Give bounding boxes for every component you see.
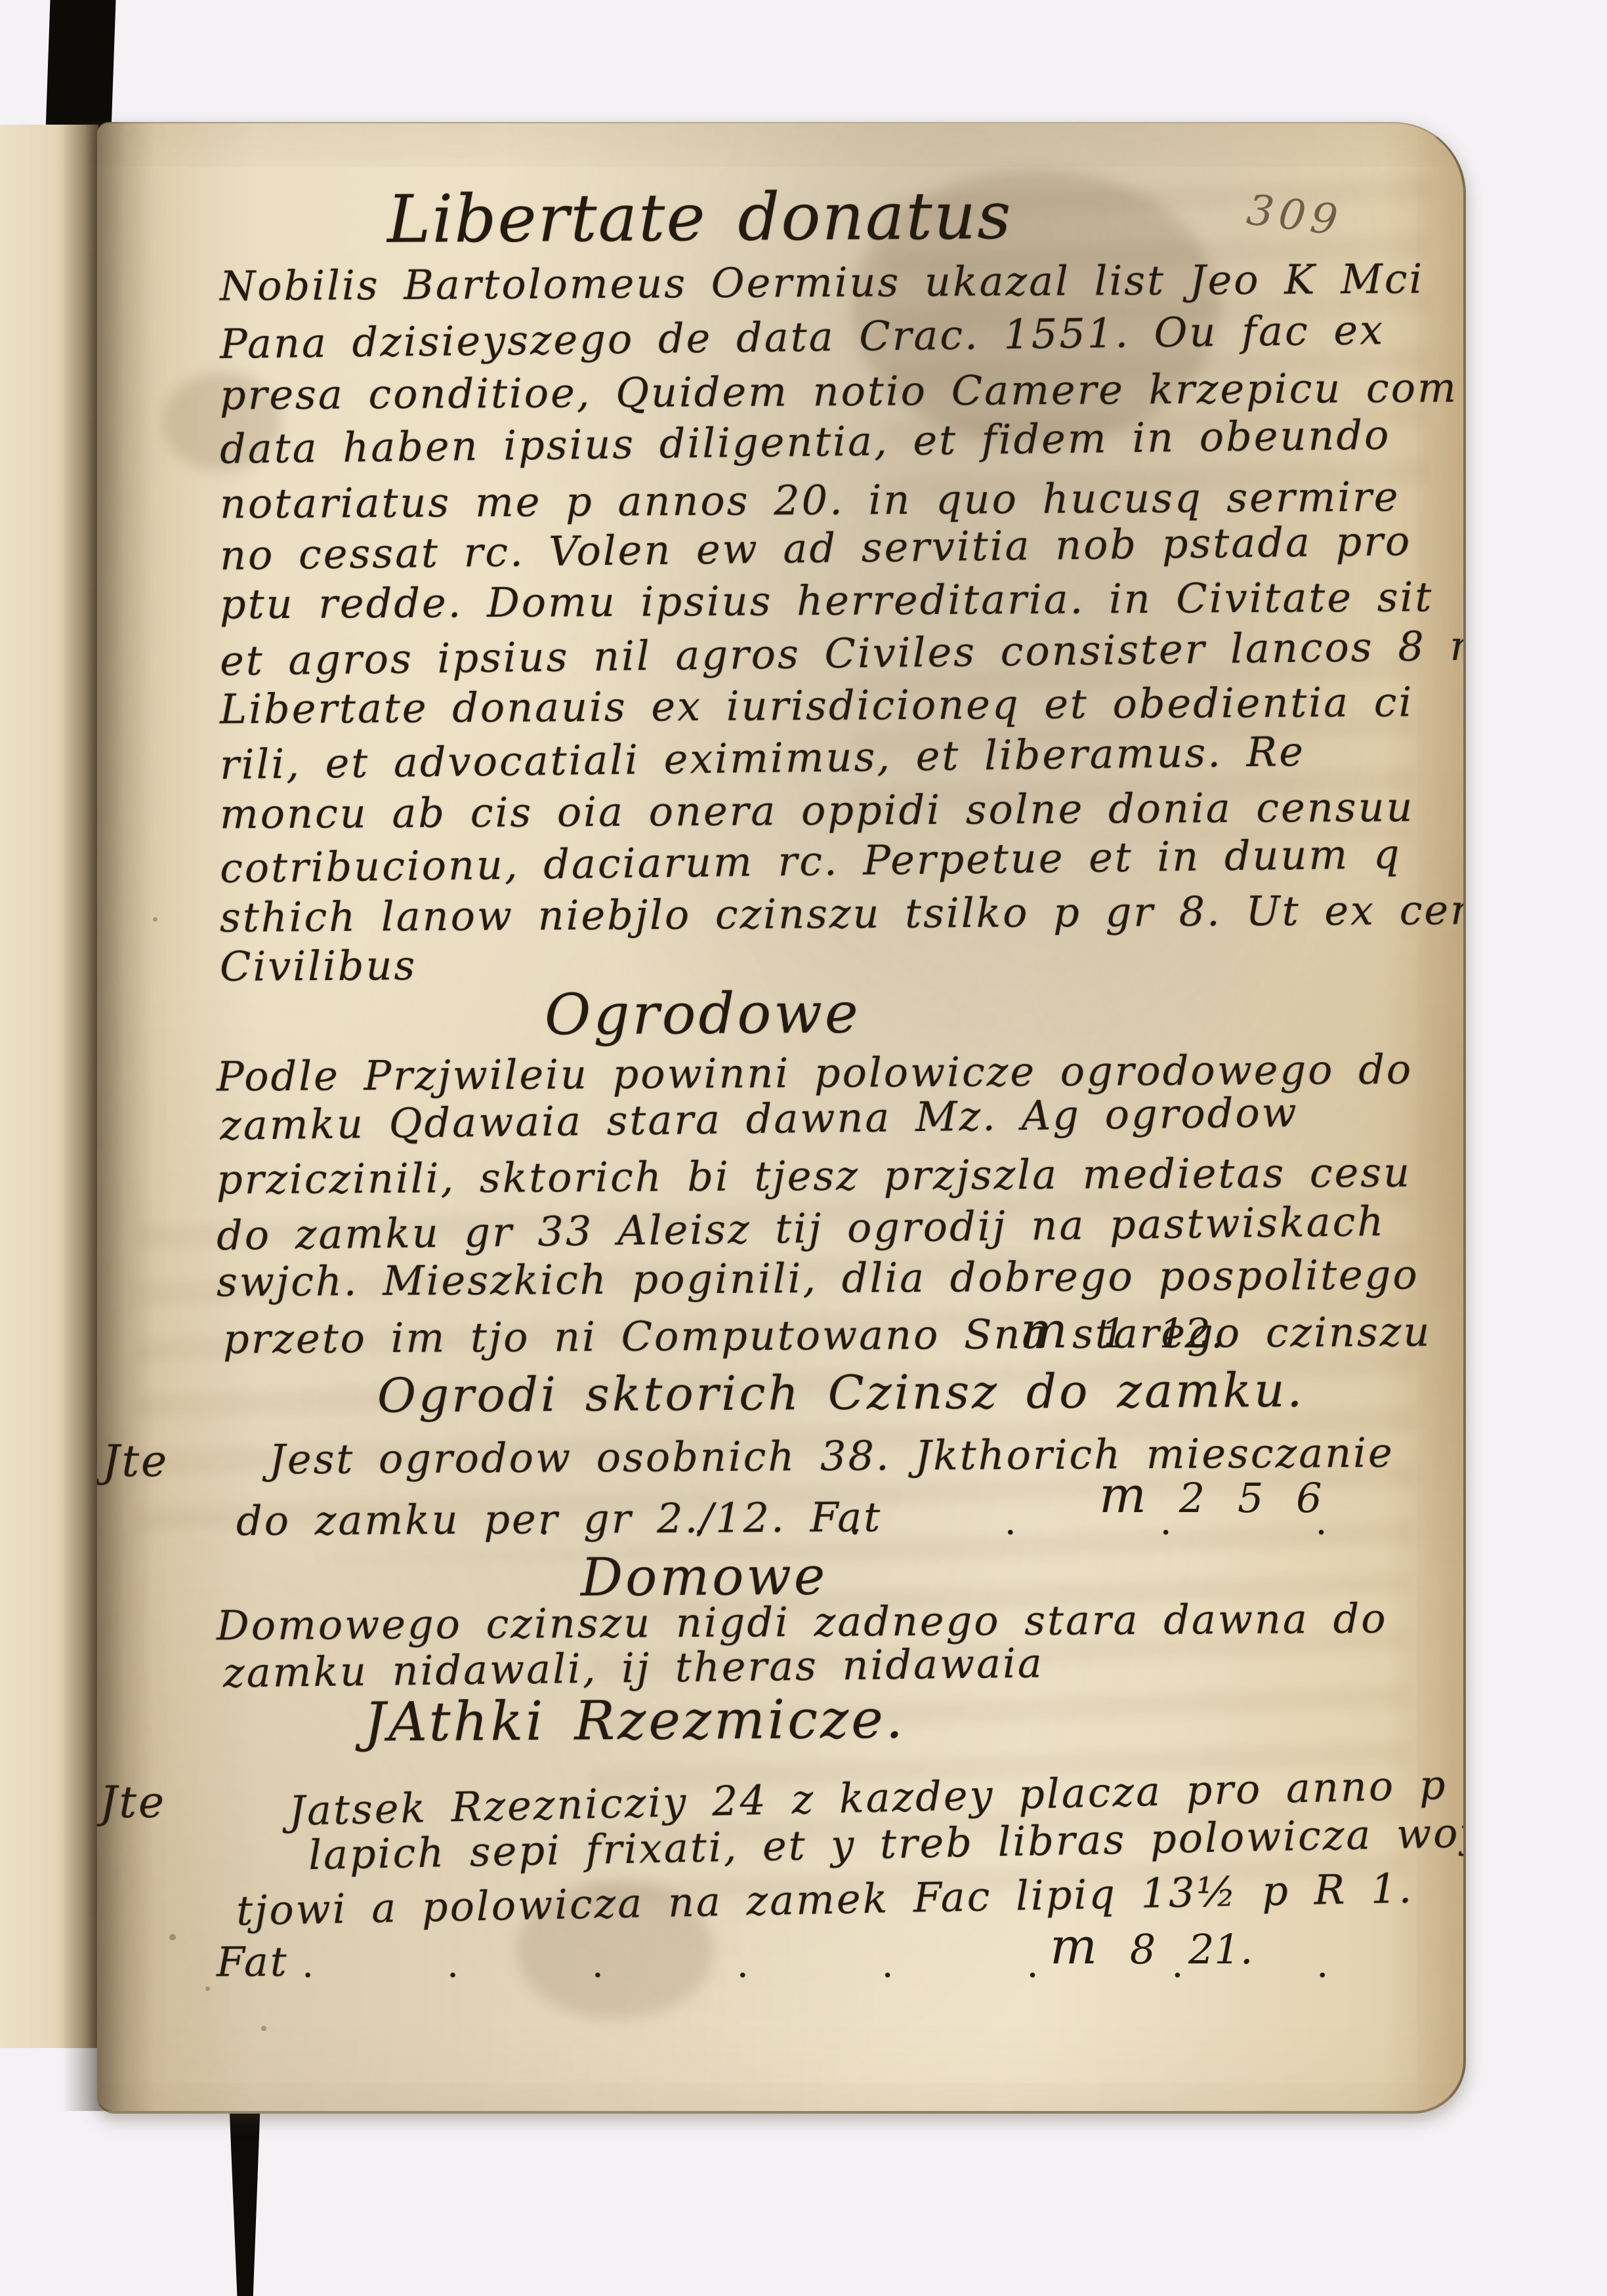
margin-item-mark: Jte — [100, 1779, 166, 1827]
text-line: przeto im tjo ni Computowano Sna starego… — [223, 1309, 1432, 1361]
section-heading-jatki: JAthki Rzezmicze. — [364, 1690, 906, 1752]
total-value: 8 — [1130, 1925, 1156, 1973]
total-value: 1 — [1100, 1309, 1126, 1357]
total-value: 2 — [1179, 1474, 1205, 1522]
text-line: data haben ipsius diligentia, et fidem i… — [220, 413, 1391, 472]
section-heading-czinsz: Ogrodi sktorich Czinsz do zamku. — [377, 1364, 1305, 1422]
total-value: 12. — [1159, 1309, 1224, 1357]
text-line: rili, et advocatiali eximimus, et libera… — [220, 729, 1306, 787]
total-value: 21. — [1188, 1925, 1253, 1973]
foxing-speck — [153, 917, 157, 922]
total-unit: m — [1050, 1917, 1097, 1975]
bookmark-ribbon-bottom-icon — [226, 2093, 264, 2296]
total-value: 6 — [1296, 1474, 1322, 1522]
text-line: ptu redde. Domu ipsius herreditaria. in … — [220, 575, 1434, 626]
section-heading-ogrodowe: Ogrodowe — [545, 983, 861, 1047]
text-line: Domowego czinszu nigdi zadnego stara daw… — [217, 1597, 1388, 1649]
line-total: m 8 21. — [1050, 1917, 1253, 1975]
manuscript-page: 309 Libertate donatus Nobilis Bartolomeu… — [97, 122, 1466, 2114]
text-line: Libertate donauis ex iurisdicioneq et ob… — [220, 680, 1414, 731]
text-line: zamku nidawali, ij theras nidawaia — [223, 1641, 1045, 1695]
text-line: Civilibus — [220, 943, 417, 989]
foxing-speck — [261, 2026, 266, 2031]
line-total: m 1 12. — [1020, 1301, 1224, 1359]
total-unit: m — [1020, 1301, 1068, 1359]
text-line: do zamku gr 33 Aleisz tij ogrodij na pas… — [217, 1199, 1386, 1258]
bookmark-ribbon-top-icon — [46, 0, 116, 131]
leader-dots: · · · · · · · · · — [302, 1953, 1466, 1998]
total-value: 5 — [1238, 1474, 1263, 1522]
line-total: m 2 5 6 — [1099, 1466, 1322, 1524]
text-line: cotribucionu, daciarum rc. Perpetue et i… — [220, 832, 1402, 891]
text-line: moncu ab cis oia onera oppidi solne doni… — [220, 785, 1415, 836]
page-title: Libertate donatus — [387, 180, 1012, 256]
folio-number: 309 — [1244, 186, 1345, 245]
text-line: zamku Qdawaia stara dawna Mz. Ag ogrodow — [220, 1090, 1299, 1148]
text-line: Nobilis Bartolomeus Oermius ukazal list … — [220, 256, 1425, 308]
text-line: no cessat rc. Volen ew ad servitia nob p… — [220, 519, 1412, 578]
text-line: swjch. Mieszkich poginili, dlia dobrego … — [217, 1252, 1419, 1304]
foxing-speck — [205, 1986, 210, 1991]
scanner-bed: 309 Libertate donatus Nobilis Bartolomeu… — [0, 0, 1607, 2296]
text-line: sthich lanow niebjlo czinszu tsilko p gr… — [220, 888, 1466, 940]
text-line: Fat — [217, 1940, 289, 1985]
previous-page-edge — [0, 125, 98, 2048]
text-line: et agros ipsius nil agros Civiles consis… — [220, 623, 1466, 684]
text-line: presa conditioe, Quidem notio Camere krz… — [220, 365, 1458, 418]
margin-item-mark: Jte — [102, 1438, 169, 1486]
total-unit: m — [1099, 1466, 1146, 1524]
foxing-speck — [169, 1934, 176, 1940]
text-line: prziczinili, sktorich bi tjesz przjszla … — [217, 1150, 1411, 1202]
text-line: Pana dzisieyszego de data Crac. 1551. Ou… — [220, 308, 1385, 367]
